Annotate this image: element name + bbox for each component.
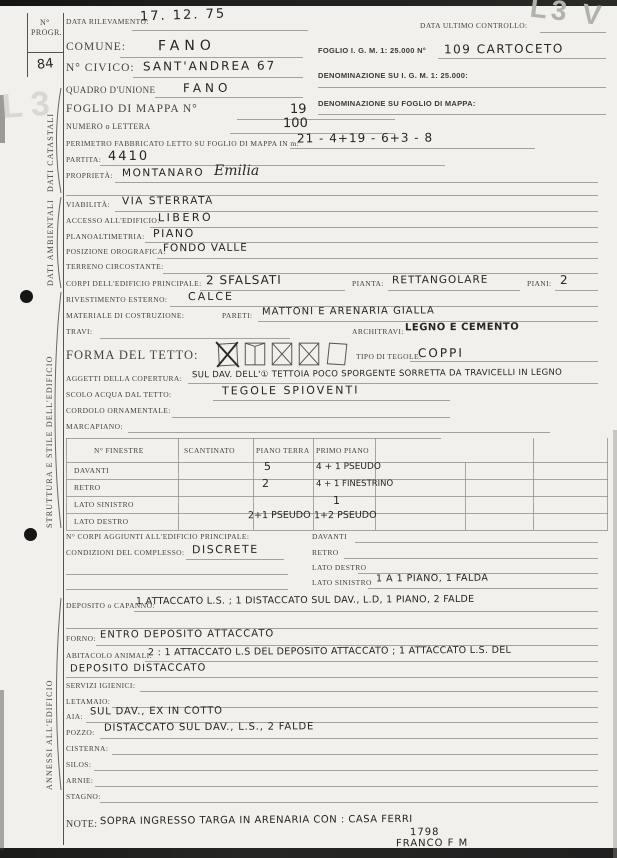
arnie-label: ARNIE: [66,776,93,785]
comune-label: COMUNE: [66,41,126,53]
field-rule [133,77,303,78]
field-rule [290,148,535,149]
blank-rule [66,589,288,590]
finestre-retro-piano-terra: 2 [262,477,269,490]
finestre-davanti-primo-piano: 4 + 1 PSEUDO [316,462,381,472]
finestre-lato-sinistro-primo-piano: 1 [333,494,340,507]
finestre-lato-destro-piano-terra: 2+1 PSEUDO [248,510,311,521]
field-rule [555,290,598,291]
note-line2: 1798 [410,827,440,838]
field-rule [140,691,598,692]
denominazione-mappa-label: DENOMINAZIONE SU FOGLIO DI MAPPA: [318,99,476,108]
marcapiano-label: MARCAPIANO: [66,422,123,431]
corpi-aggiunti-lato-destro-label: LATO DESTRO [312,563,366,572]
field-rule [155,97,303,98]
field-rule [318,87,606,88]
field-rule [540,32,606,33]
field-rule [66,677,598,678]
field-rule [100,165,445,166]
corpi-aggiunti-label: N° CORPI AGGIUNTI ALL'EDIFICIO PRINCIPAL… [66,532,249,541]
note-label: NOTE: [66,819,97,830]
corpi-aggiunti-lato-sinistro-value: 1 A 1 PIANO, 1 FALDA [376,573,488,585]
forno-value: ENTRO DEPOSITO ATTACCATO [100,628,274,640]
field-rule [115,182,598,183]
foglio-mappa-value: 19 [290,102,307,117]
field-rule [134,611,598,612]
field-rule [132,30,308,31]
progr-value: 84 [36,56,54,73]
field-rule [344,558,598,559]
posizione-orografica-label: POSIZIONE OROGRAFICA: [66,247,166,256]
stagno-label: STAGNO: [66,792,101,801]
aggetti-label: AGGETTI DELLA COPERTURA: [66,374,182,383]
condizioni-label: CONDIZIONI DEL COMPLESSO: [66,548,184,557]
abitacolo-label: ABITACOLO ANIMALI: [66,651,152,660]
roof-shape-3-icon [269,339,295,369]
field-rule [410,361,598,362]
field-rule [157,258,598,259]
perimetro-value: 21 - 4+19 - 6+3 - 8 [297,131,433,146]
sidebar-section-dati-catastali: DATI CATASTALI [46,113,55,192]
corpi-value: 2 SFALSATI [206,273,282,288]
pianta-value: RETTANGOLARE [392,274,488,287]
field-rule [128,432,550,433]
foglio-igm-label: FOGLIO I. G. M. 1: 25.000 N° [318,46,426,55]
progr-label-line2: PROGR. [31,28,62,37]
field-rule [368,588,598,589]
proprieta-name: Emilia [214,163,259,179]
progr-label-line1: N° [40,18,50,27]
field-rule [172,417,450,418]
corpi-aggiunti-davanti-label: DAVANTI [312,532,347,541]
rivestimento-value: CALCE [188,290,234,303]
field-rule [112,754,598,755]
roof-shape-5-icon [323,339,349,369]
condizioni-value: DISCRETE [192,543,259,556]
denominazione-igm-label: DENOMINAZIONE SU I. G. M. 1: 25.000: [318,71,468,80]
corpi-label: CORPI DELL'EDIFICIO PRINCIPALE: [66,279,202,288]
finestre-table: N° FINESTRE SCANTINATO PIANO TERRA PRIMO… [66,438,608,530]
tipo-tegole-value: COPPI [418,346,464,360]
finestre-header-1: SCANTINATO [184,446,235,455]
proprieta-surname: MONTANARO [122,167,204,180]
finestre-row-label: DAVANTI [74,466,109,475]
data-rilevamento-value: 17. 12. 75 [140,7,227,25]
piani-value: 2 [560,273,568,287]
sidebar-section-annessi: ANNESSI ALL'EDIFICIO [45,679,54,790]
materiale-label: MATERIALE DI COSTRUZIONE: [66,311,184,320]
materiale-pareti-label: PARETI: [222,311,252,320]
partita-value: 4410 [108,149,149,164]
terreno-label: TERRENO CIRCOSTANTE: [66,262,164,271]
cisterna-label: CISTERNA: [66,744,108,753]
sidebar-section-dati-ambientali: DATI AMBIENTALI [46,199,55,286]
scolo-label: SCOLO ACQUA DAL TETTO: [66,390,172,399]
field-rule [150,227,598,228]
architravi-label: ARCHITRAVI: [352,327,404,336]
field-rule [100,802,598,803]
corpi-aggiunti-lato-sinistro-label: LATO SINISTRO [312,578,372,587]
foglio-mappa-label: FOGLIO DI MAPPA N° [66,103,198,115]
field-rule [237,119,395,120]
roof-shape-4-icon [296,339,322,369]
scolo-value: TEGOLE SPIOVENTI [222,384,360,398]
numero-lettera-value: 100 [283,116,308,131]
field-rule [438,58,606,59]
n-civico-label: N° CIVICO: [66,62,135,74]
travi-label: TRAVI: [66,327,92,336]
pozzo-value: DISTACCATO SUL DAV., L.S., 2 FALDE [104,721,314,733]
quadro-unione-label: QUADRO D'UNIONE [66,85,155,95]
planoaltimetria-value: PIANO [153,227,195,240]
forma-tetto-label: FORMA DEL TETTO: [66,348,198,363]
perimetro-label: PERIMETRO FABBRICATO LETTO SU FOGLIO DI … [66,139,299,148]
roof-shape-2-icon [242,339,268,369]
finestre-lato-destro-primo-piano: 1+2 PSEUDO [314,510,377,521]
quadro-unione-value: FANO [183,81,232,95]
pianta-label: PIANTA: [352,279,384,288]
viabilita-label: VIABILITÀ: [66,200,110,209]
field-rule [186,559,284,560]
n-civico-value: SANT'ANDREA 67 [143,59,276,74]
numero-lettera-label: NUMERO o LETTERA [66,122,151,131]
tipo-tegole-label: TIPO DI TEGOLE: [356,352,421,361]
scanned-survey-form: L3 L3 V DATI CATASTALI DATI AMBIENTALI S… [0,0,617,858]
finestre-header-0: N° FINESTRE [94,446,144,455]
cordolo-label: CORDOLO ORNAMENTALE: [66,406,171,415]
finestre-header-3: PRIMO PIANO [316,446,369,455]
abitacolo-value-line2: DEPOSITO DISTACCATO [70,663,206,675]
aia-label: AIA: [66,712,83,721]
data-ultimo-controllo-label: DATA ULTIMO CONTROLLO: [420,21,528,30]
finestre-row-label: LATO DESTRO [74,517,128,526]
blank-rule [66,574,288,575]
posizione-orografica-value: FONDO VALLE [163,242,248,255]
field-rule [388,290,520,291]
proprieta-label: PROPRIETÀ: [66,171,113,180]
field-rule [318,114,606,115]
aia-value: SUL DAV., EX IN COTTO [90,706,223,718]
rivestimento-label: RIVESTIMENTO ESTERNO: [66,295,167,304]
letamaio-label: LETAMAIO: [66,697,110,706]
finestre-row-label: RETRO [74,483,101,492]
deposito-value: 1 ATTACCATO L.S. ; 1 DISTACCATO SUL DAV.… [136,594,475,607]
field-rule [95,786,598,787]
forno-label: FORNO: [66,634,96,643]
field-rule [94,770,598,771]
field-rule [100,738,598,739]
sidebar-section-struttura: STRUTTURA E STILE DELL'EDIFICIO [45,355,54,528]
comune-value: FANO [158,38,216,54]
roof-shape-1-icon [215,339,241,369]
materiale-value: MATTONI E ARENARIA GIALLA [262,305,435,317]
accesso-value: LIBERO [158,211,213,224]
servizi-label: SERVIZI IGIENICI: [66,681,135,690]
finestre-retro-primo-piano: 4 + 1 FINESTRINO [316,479,393,490]
field-rule [145,661,598,662]
field-rule [213,400,450,401]
finestre-row-label: LATO SINISTRO [74,500,134,509]
data-rilevamento-label: DATA RILEVAMENTO: [66,17,149,26]
architravi-value: LEGNO E CEMENTO [405,322,519,334]
note-line3: FRANCO F M [396,838,468,850]
field-rule [355,542,598,543]
pozzo-label: POZZO: [66,728,95,737]
silos-label: SILOS: [66,760,91,769]
planoaltimetria-label: PLANOALTIMETRIA: [66,232,145,241]
foglio-igm-value: 109 CARTOCETO [444,42,564,57]
viabilita-value: VIA STERRATA [122,195,214,208]
piani-label: PIANI: [527,279,551,288]
note-line1: SOPRA INGRESSO TARGA IN ARENARIA CON : C… [100,814,413,827]
accesso-label: ACCESSO ALL'EDIFICIO: [66,216,160,225]
finestre-davanti-piano-terra: 5 [264,460,271,473]
finestre-header-2: PIANO TERRA [256,446,310,455]
partita-label: PARTITA: [66,155,101,164]
corpi-aggiunti-retro-label: RETRO [312,548,339,557]
